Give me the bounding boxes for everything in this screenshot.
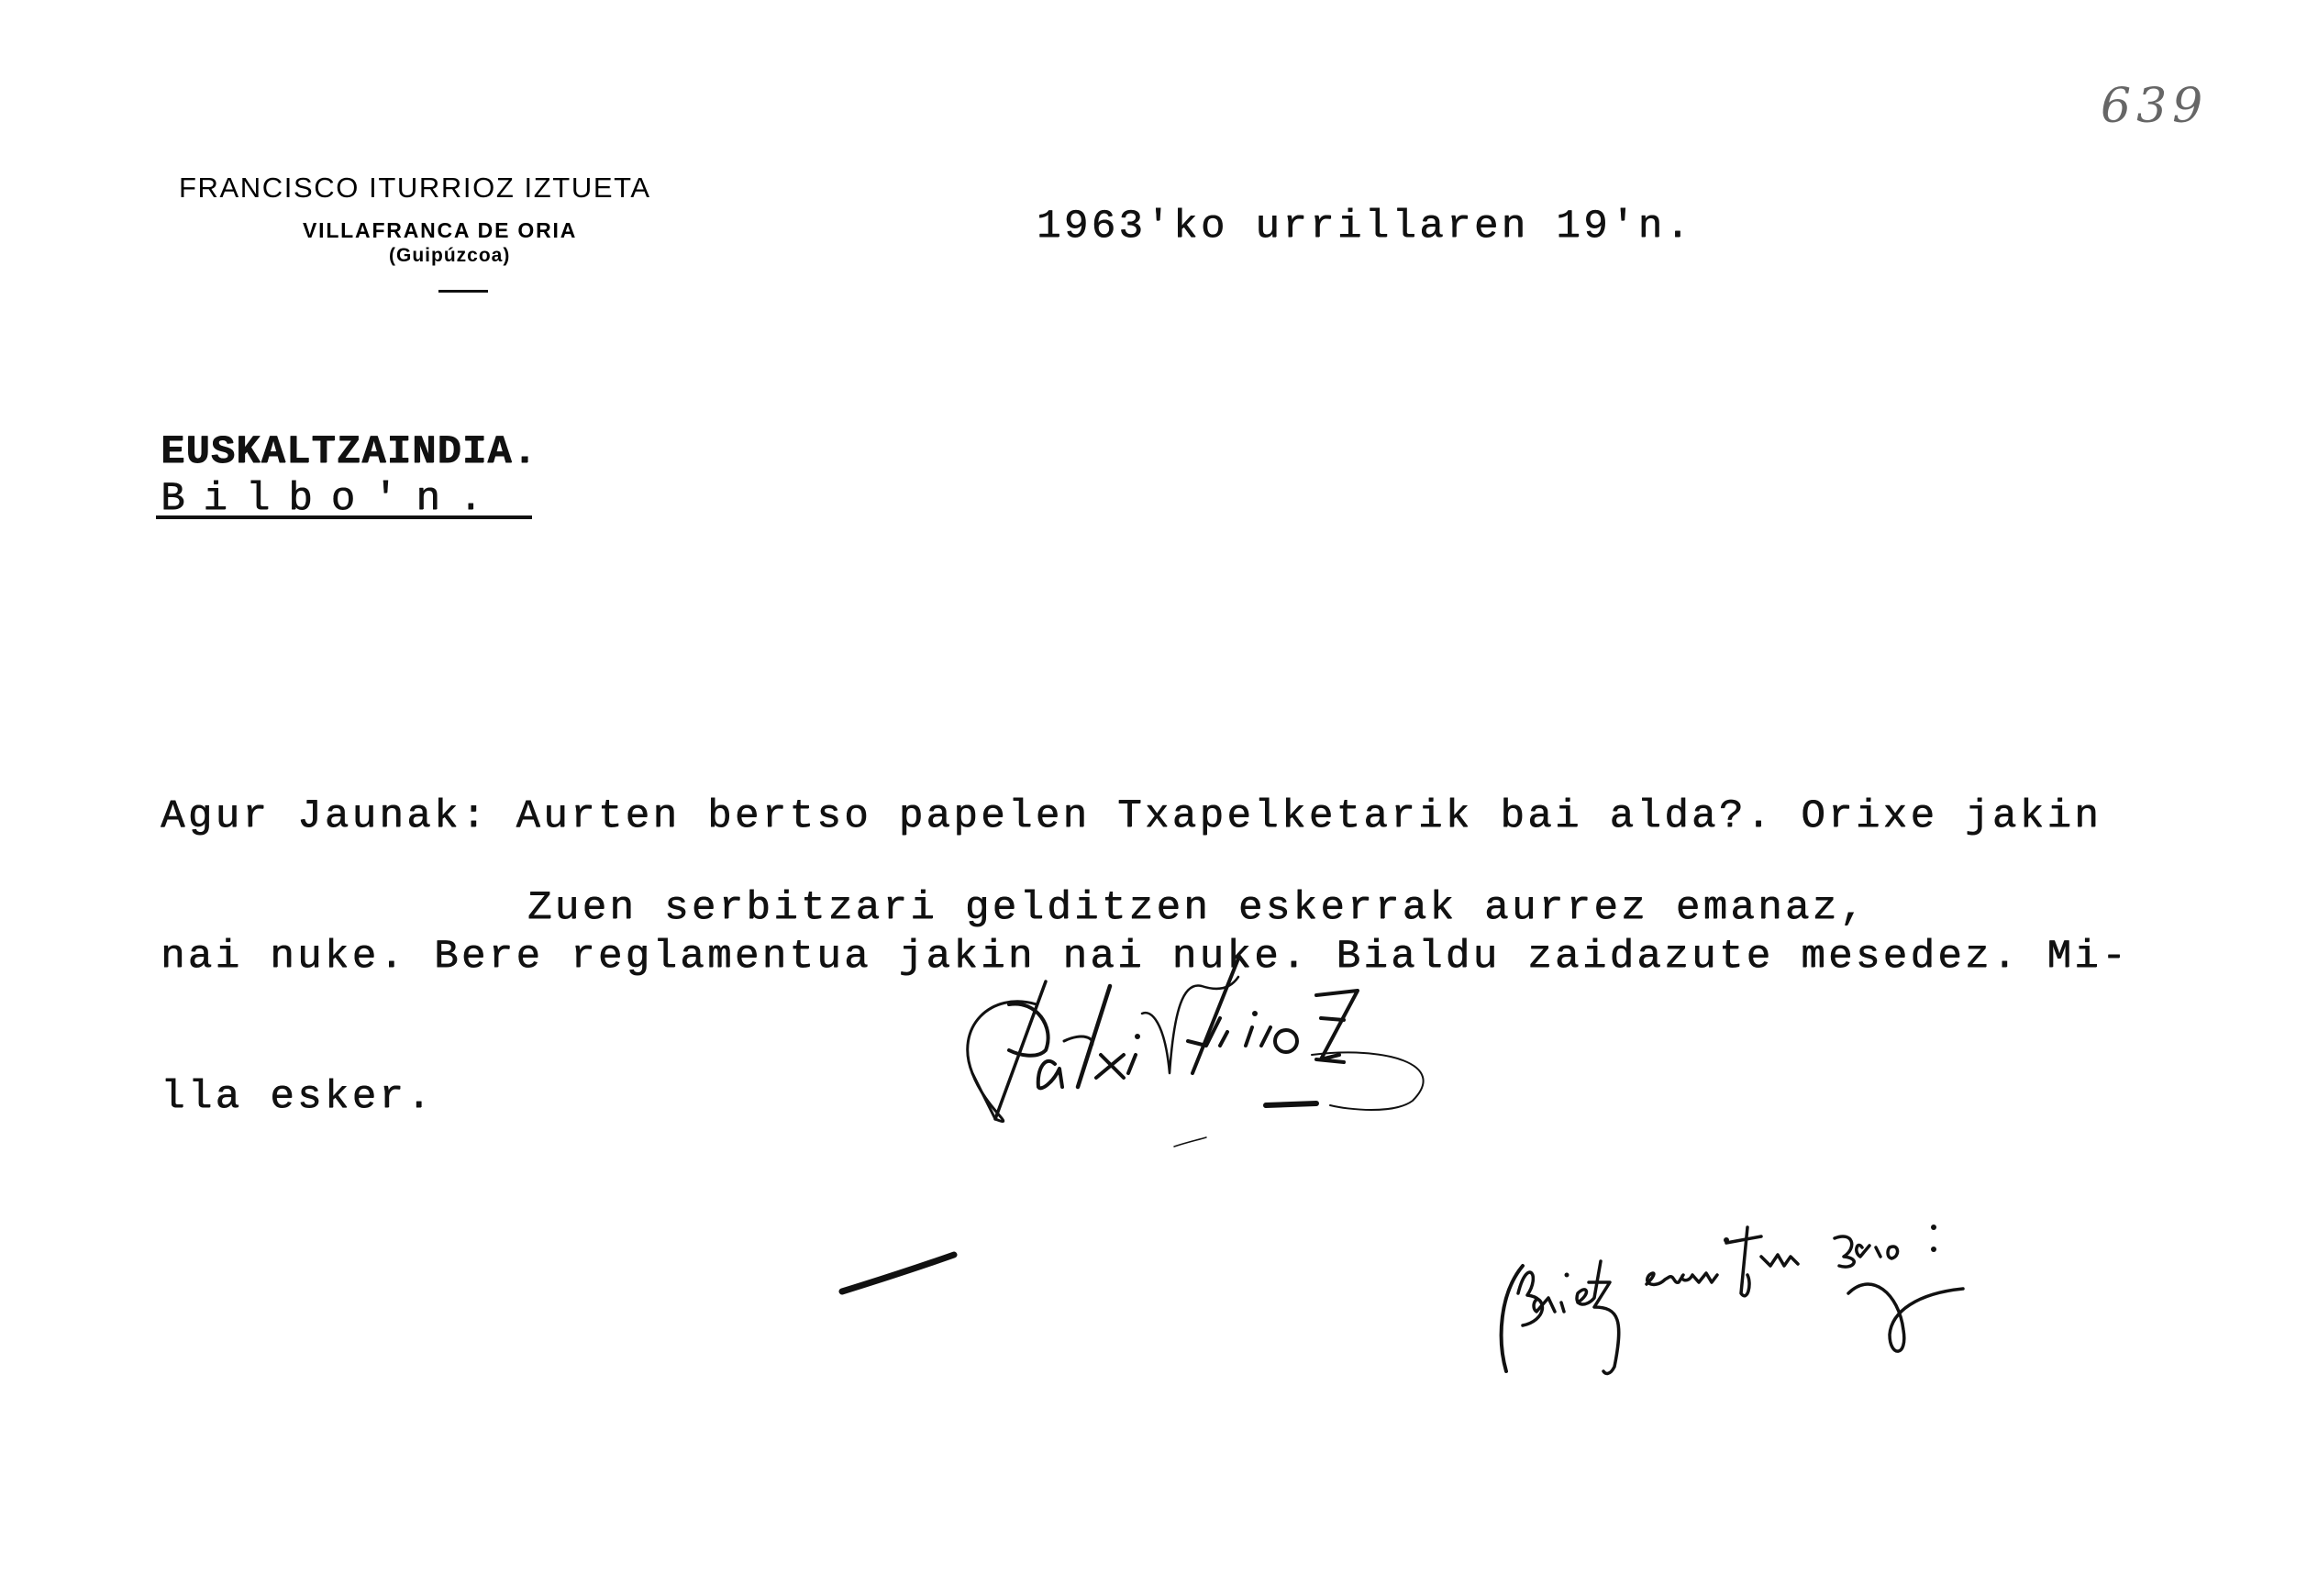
body-line: Agur Jaunak: Aurten bertso papelen Txape…: [161, 793, 2270, 840]
letter-closing: Zuen serbitzari gelditzen eskerrak aurre…: [527, 885, 1867, 932]
recipient-name: EUSKALTZAINDIA.: [161, 429, 538, 476]
recipient-underline: [156, 515, 532, 519]
letterhead-name: FRANCISCO ITURRIOZ IZTUETA: [179, 172, 651, 205]
letterhead-province: (Guipúzcoa): [389, 245, 510, 267]
letterhead-town: VILLAFRANCA DE ORIA: [303, 218, 577, 243]
ink-stroke: [826, 1211, 1009, 1321]
letterhead-rule: [438, 290, 488, 293]
handwritten-note: (Baietz erantzun zaio.: [1486, 1220, 2257, 1422]
letter-date: 1963'ko urrillaren 19'n.: [1037, 204, 1692, 250]
signature: Patxi Iturrioz: [954, 954, 2220, 1192]
letter-page: 639 FRANCISCO ITURRIOZ IZTUETA VILLAFRAN…: [0, 0, 2307, 1596]
folio-number: 639: [2101, 79, 2208, 134]
